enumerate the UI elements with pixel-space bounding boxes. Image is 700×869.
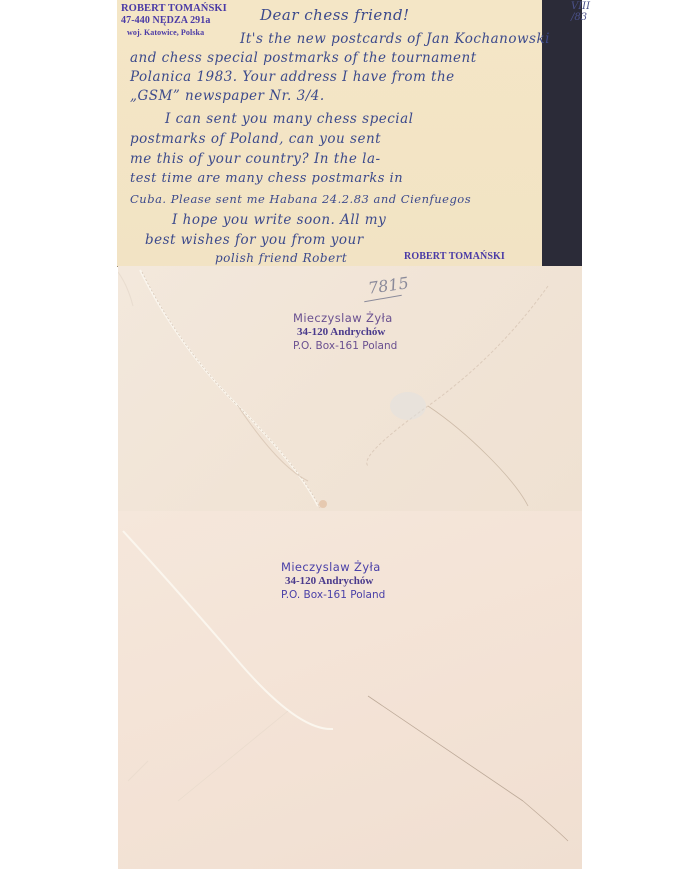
sender-region-line: woj. Katowice, Polska — [121, 27, 227, 39]
letter-date: VIII /83 — [571, 1, 590, 23]
sender-stamp: ROBERT TOMAŃSKI 47-440 NĘDZA 291a woj. K… — [121, 3, 227, 39]
letter-line: It's the new postcards of Jan Kochanowsk… — [240, 31, 550, 47]
addressee-name: Mieczyslaw Żyła — [293, 311, 397, 325]
letter-line: „GSM” newspaper Nr. 3/4. — [130, 88, 325, 104]
reference-number: 7815 — [367, 273, 410, 297]
envelope-back-2: Mieczyslaw Żyła 34-120 Andrychów P.O. Bo… — [118, 511, 582, 869]
addressee-box: P.O. Box-161 Poland — [281, 588, 385, 602]
letter-line: Polanica 1983. Your address I have from … — [130, 69, 455, 85]
addressee-city: 34-120 Andrychów — [281, 574, 385, 588]
letter-line: I can sent you many chess special — [165, 111, 413, 127]
addressee-box: P.O. Box-161 Poland — [293, 339, 397, 353]
greeting: Dear chess friend! — [260, 6, 410, 24]
letter-line: Cuba. Please sent me Habana 24.2.83 and … — [130, 192, 471, 206]
letter-line: best wishes for you from your — [145, 232, 364, 248]
letter-line: test time are many chess postmarks in — [130, 171, 403, 186]
addressee-name: Mieczyslaw Żyła — [281, 560, 385, 574]
letter-line: and chess special postmarks of the tourn… — [130, 50, 477, 66]
letter-signature: polish friend Robert — [215, 251, 347, 265]
closing-stamp: ROBERT TOMAŃSKI — [404, 251, 505, 263]
addressee-city: 34-120 Andrychów — [293, 325, 397, 339]
envelope-flap-lines — [118, 266, 582, 511]
postcard: ROBERT TOMAŃSKI 47-440 NĘDZA 291a woj. K… — [117, 0, 542, 267]
letter-line: me this of your country? In the la- — [130, 151, 381, 167]
return-address-stamp: Mieczyslaw Żyła 34-120 Andrychów P.O. Bo… — [293, 311, 397, 353]
return-address-stamp: Mieczyslaw Żyła 34-120 Andrychów P.O. Bo… — [281, 560, 385, 602]
sender-postal-line: 47-440 NĘDZA 291a — [121, 15, 227, 27]
envelope-back-1: 7815 Mieczyslaw Żyła 34-120 Andrychów P.… — [118, 266, 582, 512]
sender-name: ROBERT TOMAŃSKI — [121, 3, 227, 15]
letter-line: postmarks of Poland, can you sent — [130, 131, 381, 147]
letter-line: I hope you write soon. All my — [172, 212, 386, 228]
